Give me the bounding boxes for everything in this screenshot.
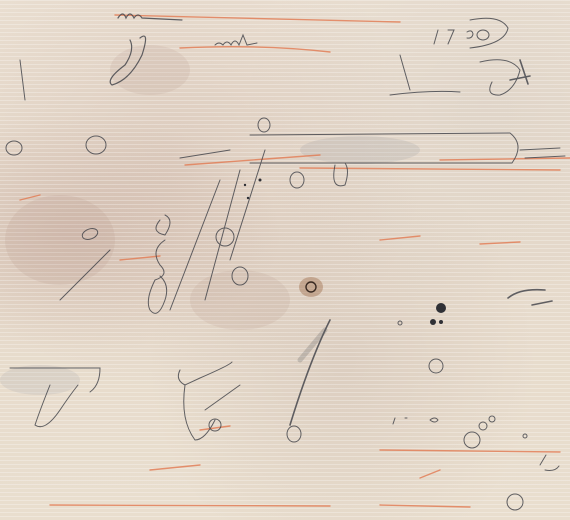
artwork-canvas: Abstract graphite and red-crayon drawing… [0,0,570,520]
artwork-drawing [0,0,570,520]
stain-layer [0,45,420,395]
rust-hole [299,277,323,297]
